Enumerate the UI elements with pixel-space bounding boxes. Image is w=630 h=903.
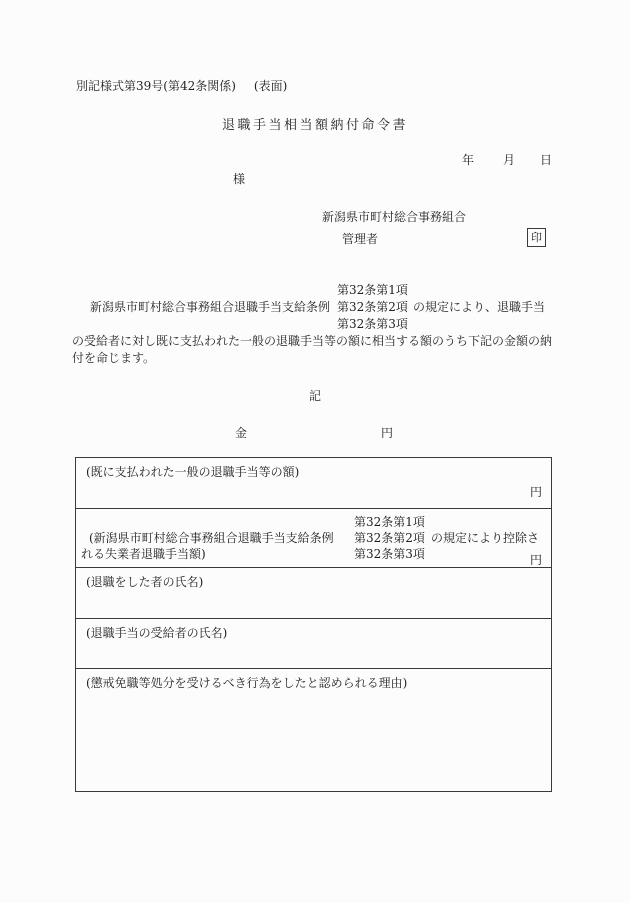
table-row-reason: (懲戒免職等処分を受けるべき行為をしたと認められる理由) [76, 668, 551, 791]
seal-mark: 印 [527, 228, 546, 247]
table-row-paid-amount: (既に支払われた一般の退職手当等の額) 円 [76, 458, 551, 508]
clause-item-1: 第32条第1項 [337, 283, 408, 297]
paragraph-line-3: 付を命じます。 [72, 351, 155, 365]
paragraph-line-2: の受給者に対し既に支払われた一般の退職手当等の額に相当する額のうち下記の金額の納 [72, 334, 552, 348]
date-day-label: 日 [540, 153, 552, 167]
row3-label: (退職をした者の氏名) [86, 575, 203, 589]
row2-clause-2: 第32条第2項 [354, 531, 425, 545]
amount-unit: 円 [381, 426, 393, 440]
row2-clause-3: 第32条第3項 [354, 547, 425, 561]
addressee-suffix: 様 [233, 172, 245, 186]
date-month-label: 月 [503, 153, 515, 167]
clause-item-2: 第32条第2項 [337, 300, 408, 314]
row4-label: (退職手当の受給者の氏名) [86, 626, 227, 640]
amount-prefix: 金 [235, 426, 247, 440]
table-row-recipient-name: (退職手当の受給者の氏名) [76, 618, 551, 668]
issuer-organization: 新潟県市町村総合事務組合 [322, 210, 466, 224]
after-clauses-text: の規定により、退職手当 [413, 300, 545, 314]
page-title: 退職手当相当額納付命令書 [0, 114, 630, 133]
seal-character: 印 [531, 231, 542, 244]
row2-unit: 円 [530, 553, 542, 567]
row2-label-line2: れる失業者退職手当額) [81, 547, 206, 561]
form-table: (既に支払われた一般の退職手当等の額) 円 第32条第1項 (新潟県市町村総合事… [75, 457, 552, 792]
date-year-label: 年 [462, 153, 474, 167]
record-marker: 記 [0, 389, 630, 403]
row1-label: (既に支払われた一般の退職手当等の額) [86, 465, 299, 479]
row5-label: (懲戒免職等処分を受けるべき行為をしたと認められる理由) [86, 676, 407, 690]
law-name: 新潟県市町村総合事務組合退職手当支給条例 [90, 300, 330, 314]
form-number: 別記様式第39号(第42条関係) [76, 79, 236, 93]
table-row-deduction-amount: 第32条第1項 (新潟県市町村総合事務組合退職手当支給条例 第32条第2項 の規… [76, 508, 551, 567]
row2-label-line1: (新潟県市町村総合事務組合退職手当支給条例 [89, 531, 334, 545]
side-label: (表面) [254, 79, 287, 93]
document-page: 別記様式第39号(第42条関係)(表面) 退職手当相当額納付命令書 年 月 日 … [0, 0, 630, 903]
table-row-retiree-name: (退職をした者の氏名) [76, 567, 551, 618]
form-number-line: 別記様式第39号(第42条関係)(表面) [76, 79, 287, 93]
row2-after-clauses: の規定により控除さ [431, 531, 539, 545]
clause-item-3: 第32条第3項 [337, 317, 408, 331]
row2-clause-1: 第32条第1項 [354, 515, 425, 529]
issuer-role: 管理者 [342, 232, 378, 246]
row1-unit: 円 [530, 485, 542, 499]
